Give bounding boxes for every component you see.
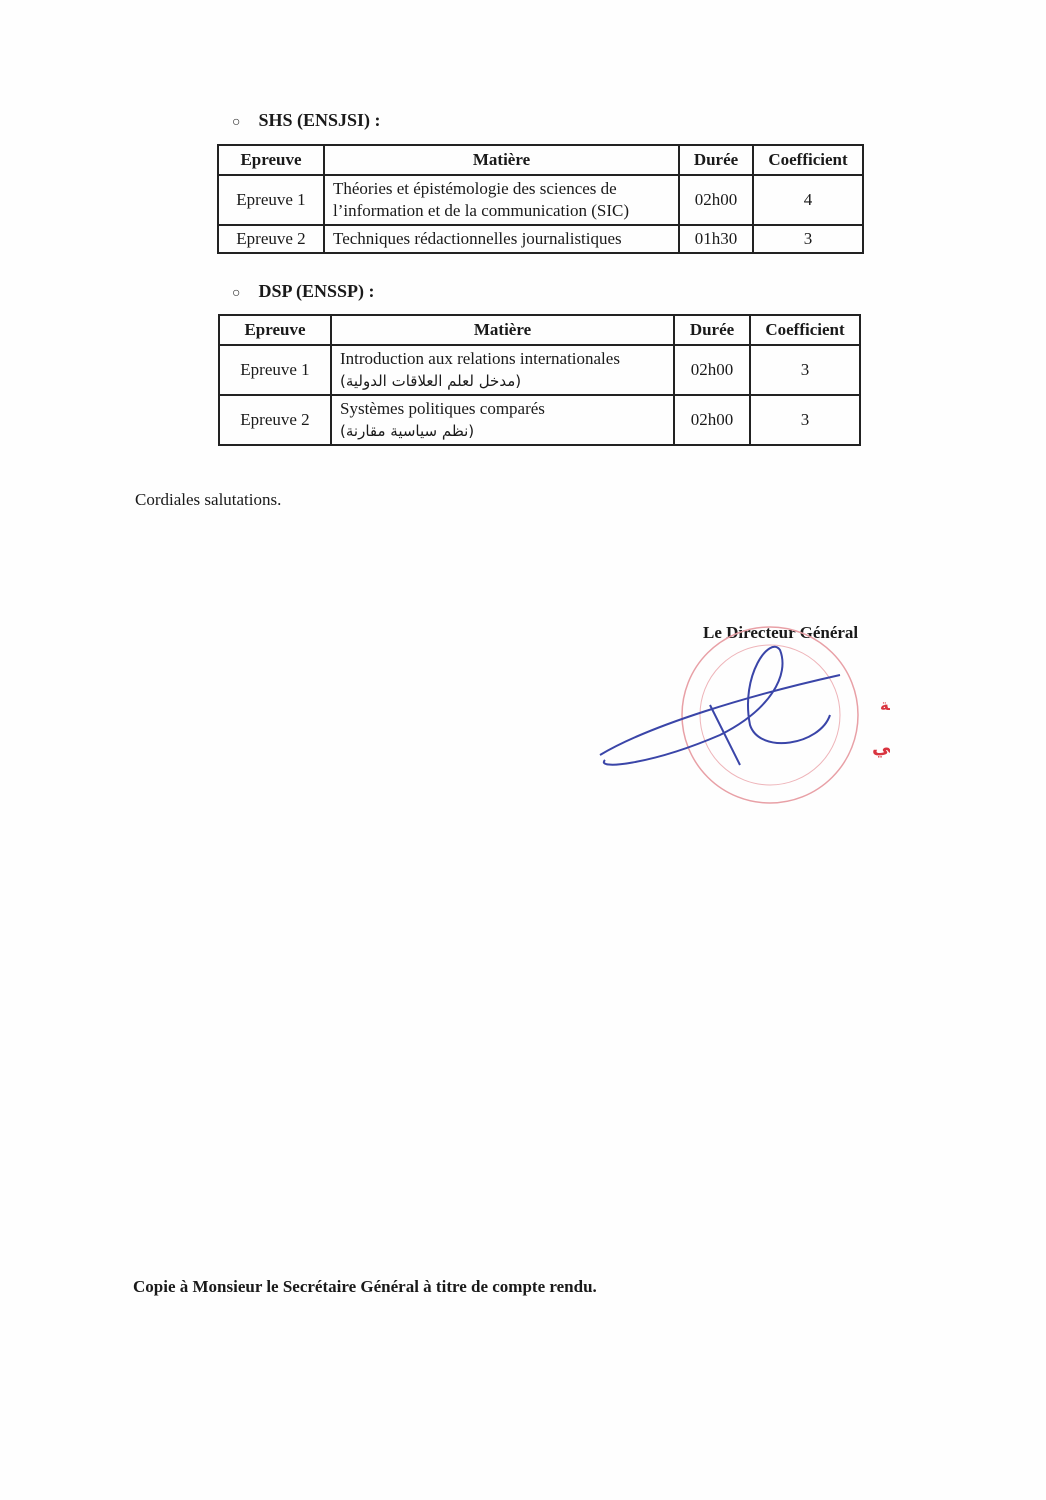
matiere-line1: Systèmes politiques comparés — [340, 399, 545, 418]
table-row: Epreuve 2 Techniques rédactionnelles jou… — [218, 225, 863, 253]
matiere-arabic: (نظم سياسية مقارنة) — [340, 420, 665, 442]
cell-coef: 3 — [753, 225, 863, 253]
matiere-line1: Théories et épistémologie des sciences d… — [333, 179, 617, 198]
table-header-row: Epreuve Matière Durée Coefficient — [218, 145, 863, 175]
bullet-icon: ○ — [232, 115, 240, 131]
matiere-arabic: (مدخل لعلم العلاقات الدولية) — [340, 370, 665, 392]
cell-epreuve: Epreuve 2 — [219, 395, 331, 445]
cell-matiere: Théories et épistémologie des sciences d… — [324, 175, 679, 225]
section-title-text: SHS (ENSJSI) : — [258, 110, 380, 130]
cell-duree: 02h00 — [679, 175, 753, 225]
header-matiere: Matière — [331, 315, 674, 345]
cell-coef: 4 — [753, 175, 863, 225]
copy-note: Copie à Monsieur le Secrétaire Général à… — [133, 1277, 597, 1297]
header-coefficient: Coefficient — [750, 315, 860, 345]
cell-coef: 3 — [750, 395, 860, 445]
header-epreuve: Epreuve — [218, 145, 324, 175]
header-coefficient: Coefficient — [753, 145, 863, 175]
cell-duree: 01h30 — [679, 225, 753, 253]
cell-duree: 02h00 — [674, 345, 750, 395]
cell-matiere: Introduction aux relations international… — [331, 345, 674, 395]
cell-matiere: Systèmes politiques comparés(نظم سياسية … — [331, 395, 674, 445]
table-row: Epreuve 1 Introduction aux relations int… — [219, 345, 860, 395]
matiere-line2: l’information et de la communication (SI… — [333, 201, 629, 220]
table-row: Epreuve 1 Théories et épistémologie des … — [218, 175, 863, 225]
closing-text: Cordiales salutations. — [135, 490, 281, 510]
section-title-text: DSP (ENSSP) : — [258, 281, 374, 301]
table-header-row: Epreuve Matière Durée Coefficient — [219, 315, 860, 345]
cell-coef: 3 — [750, 345, 860, 395]
stamp-signature-icon: المدير العام للتعليم والتكوين العاليين، … — [590, 615, 890, 815]
bullet-icon: ○ — [232, 286, 240, 302]
cell-epreuve: Epreuve 1 — [218, 175, 324, 225]
svg-text:المدير العام للتعليم والتكوين: المدير العام للتعليم والتكوين العاليين، … — [880, 696, 890, 714]
cell-epreuve: Epreuve 1 — [219, 345, 331, 395]
section-title-dsp: ○DSP (ENSSP) : — [232, 281, 374, 302]
table-dsp: Epreuve Matière Durée Coefficient Epreuv… — [218, 314, 861, 446]
cell-duree: 02h00 — [674, 395, 750, 445]
header-duree: Durée — [679, 145, 753, 175]
header-duree: Durée — [674, 315, 750, 345]
matiere-line1: Introduction aux relations international… — [340, 349, 620, 368]
header-epreuve: Epreuve — [219, 315, 331, 345]
cell-matiere: Techniques rédactionnelles journalistiqu… — [324, 225, 679, 253]
header-matiere: Matière — [324, 145, 679, 175]
section-title-shs: ○SHS (ENSJSI) : — [232, 110, 381, 131]
svg-text:إمضاء: الأستاذ بوعلام سعيداني: إمضاء: الأستاذ بوعلام سعيداني — [872, 735, 890, 758]
table-shs: Epreuve Matière Durée Coefficient Epreuv… — [217, 144, 864, 254]
cell-epreuve: Epreuve 2 — [218, 225, 324, 253]
table-row: Epreuve 2 Systèmes politiques comparés(ن… — [219, 395, 860, 445]
